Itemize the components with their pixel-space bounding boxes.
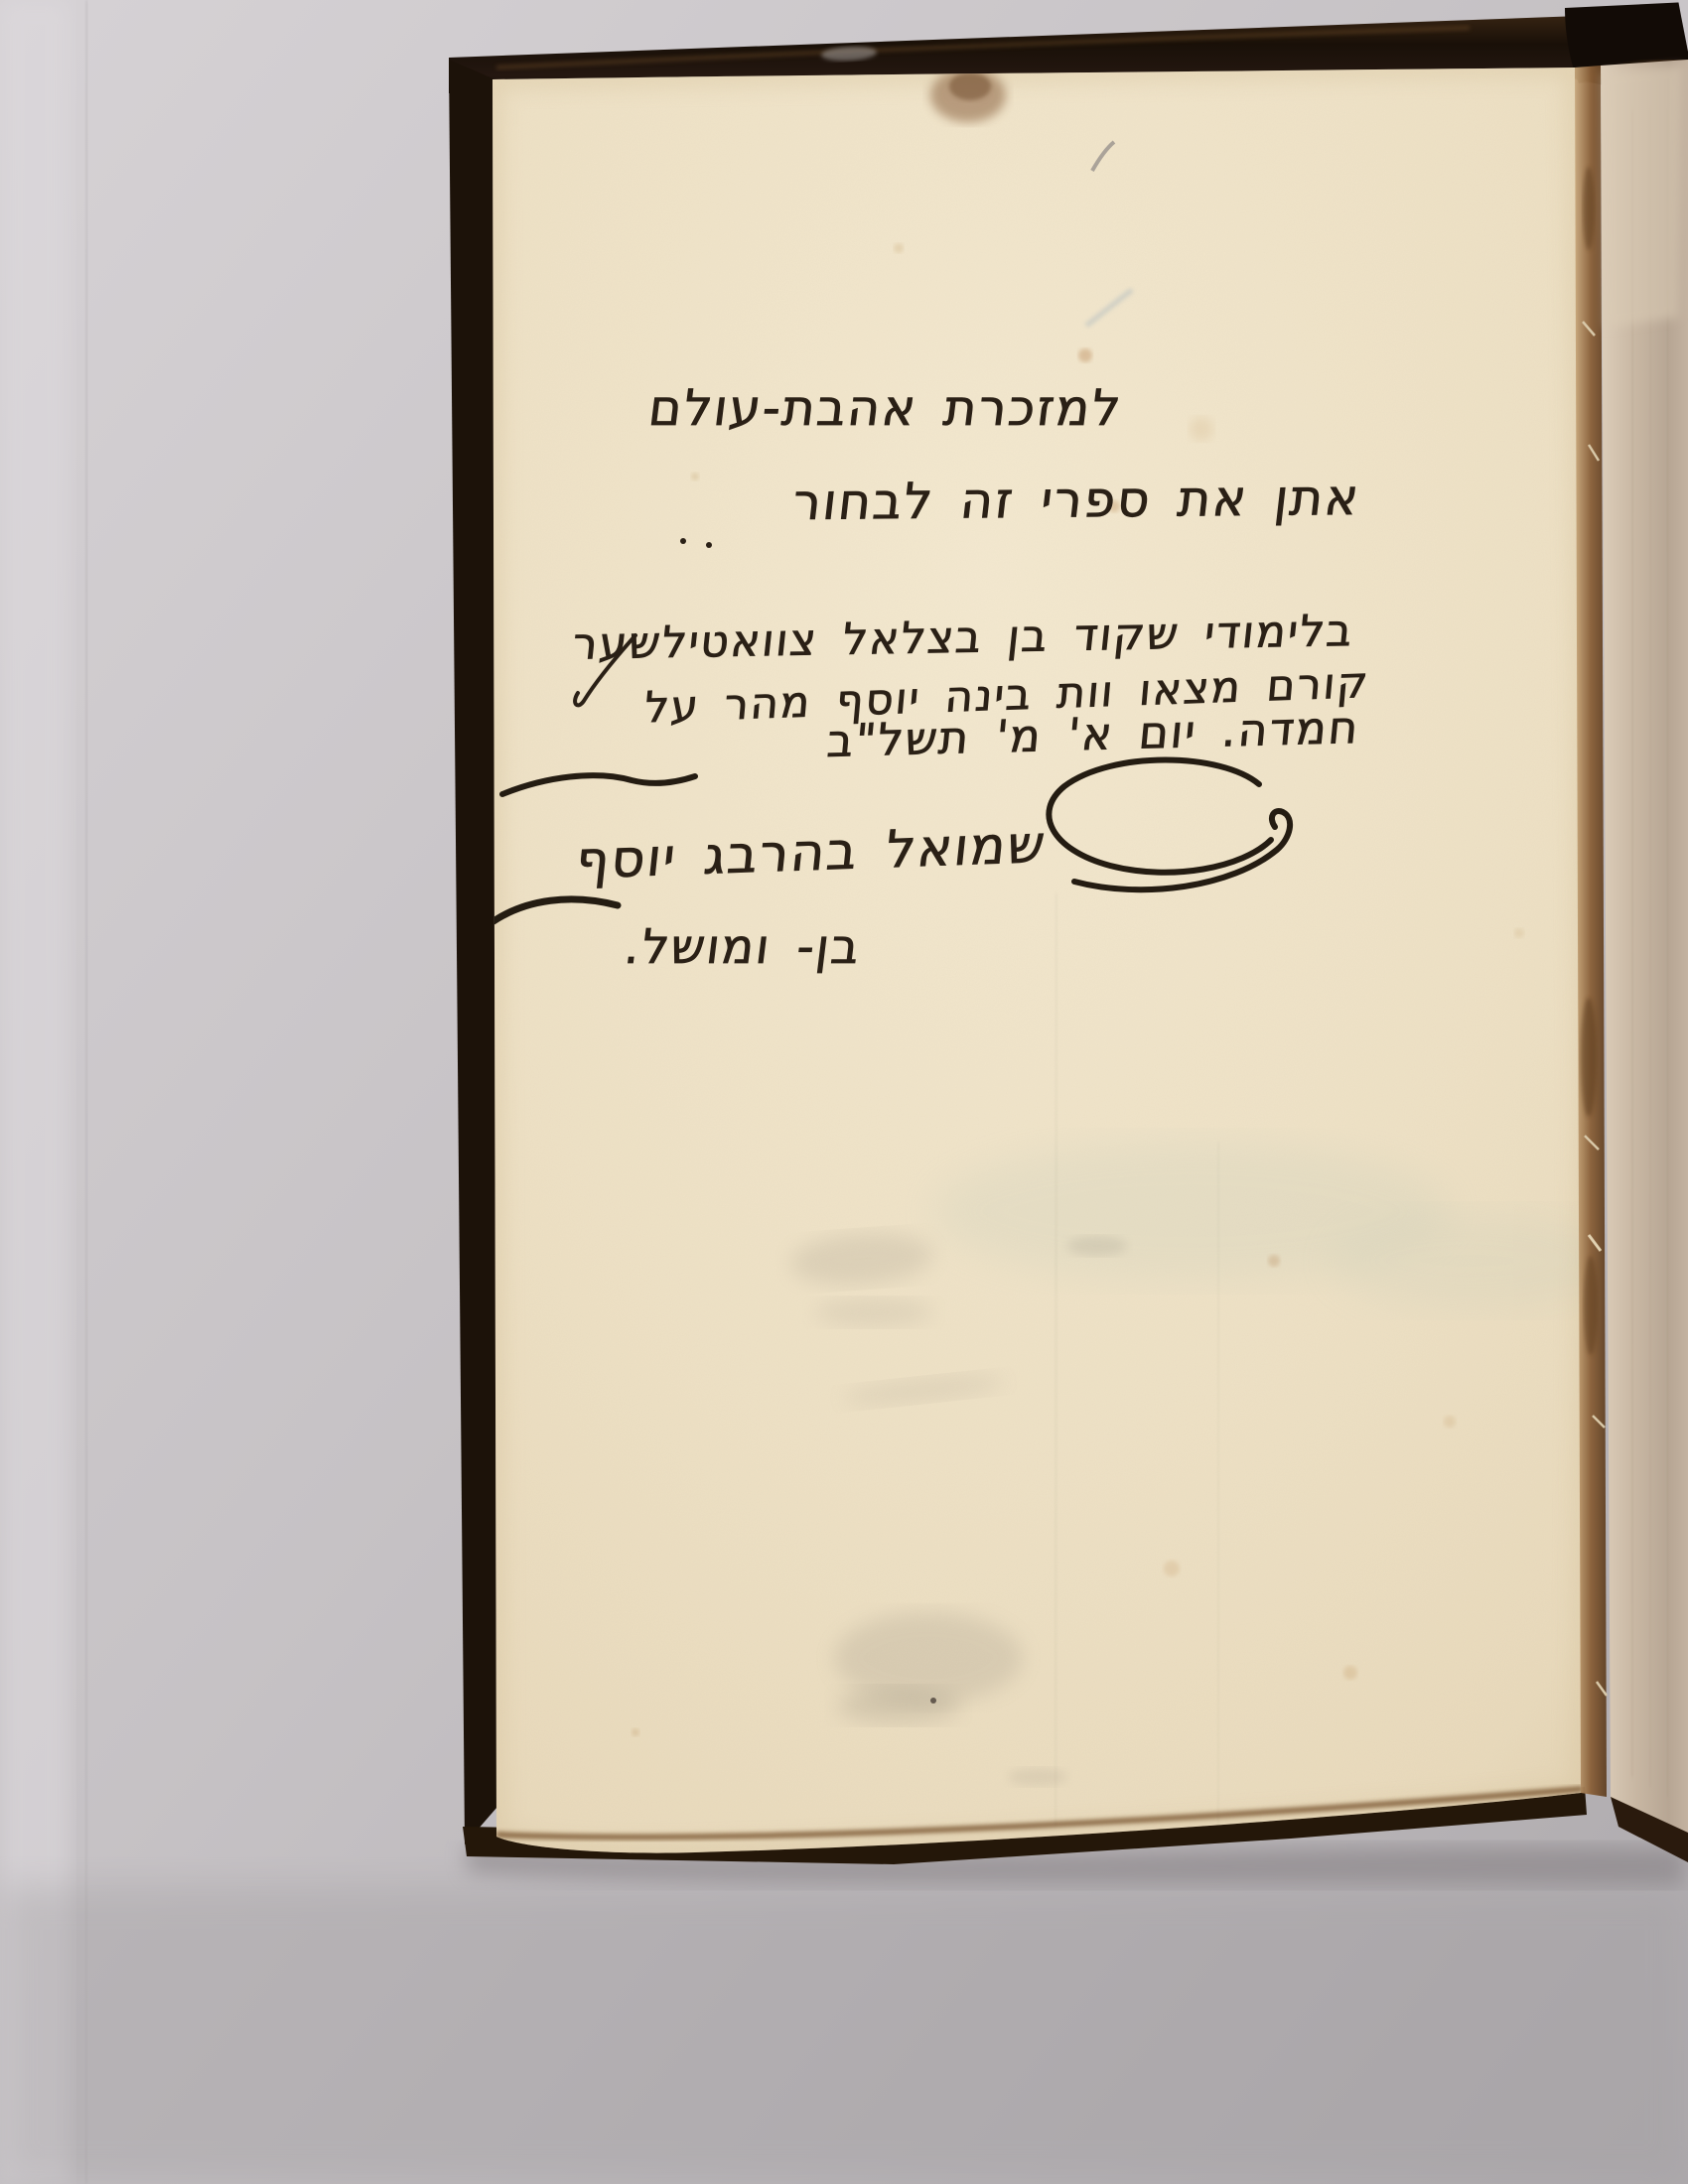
fox-spot: [1078, 348, 1092, 362]
fox-spot: [1190, 417, 1213, 441]
nikud-dot: [680, 538, 686, 544]
fox-spot: [1164, 1561, 1180, 1576]
fox-spot: [1444, 1416, 1456, 1428]
fox-spot: [1343, 1666, 1357, 1680]
fox-spot: [894, 243, 904, 253]
gray-smudge: [1008, 1768, 1067, 1786]
seam-stain: [1581, 998, 1597, 1117]
seam-stain: [1584, 1256, 1598, 1355]
nikud-dot: [706, 542, 712, 548]
strip-streak: [1631, 109, 1633, 1777]
scanner-bottom-shade: [0, 1886, 1688, 2184]
inscription-line-1: למזכרת אהבת-עולם: [645, 378, 1126, 437]
book: למזכרת אהבת-עולם אתן את ספרי זה לבחור בל…: [447, 0, 1688, 2005]
gray-smudge: [834, 1612, 1023, 1704]
fox-spot: [632, 1728, 639, 1736]
gray-smudge: [837, 1688, 960, 1723]
signature-line-2: בן- ומושל.: [622, 919, 865, 975]
strip-top-light-wedge: [1603, 66, 1682, 328]
strip-streak: [1667, 109, 1668, 1797]
scanner-left-highlight: [0, 0, 70, 2184]
strip-streak: [1649, 109, 1651, 1787]
green-tint-wash: [1331, 1211, 1609, 1310]
fox-spot: [691, 473, 699, 480]
inscription-line-2: אתן את ספרי זה לבחור: [790, 468, 1364, 531]
gray-smudge: [814, 1298, 933, 1326]
dark-speck: [930, 1698, 936, 1704]
fox-spot: [1514, 928, 1524, 938]
scanned-book-photo: למזכרת אהבת-עולם אתן את ספרי זה לבחור בל…: [0, 0, 1688, 2184]
top-ink-stain-core: [949, 72, 991, 100]
seam-stain: [1583, 167, 1595, 250]
